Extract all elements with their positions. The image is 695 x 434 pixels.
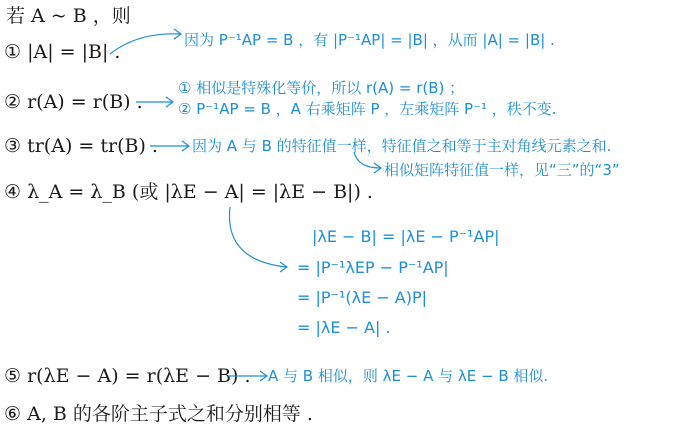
property-statement: r(A) = r(B) . (27, 91, 143, 113)
annotation-note: A 与 B 相似，则 λE − A 与 λE − B 相似. (268, 366, 548, 386)
item-marker: ③ (4, 135, 21, 157)
derivation-line: |λE − B| = |λE − P⁻¹AP| (312, 227, 500, 247)
property-1: ① |A| = |B| . (4, 40, 120, 64)
property-3: ③ tr(A) = tr(B) . (4, 134, 158, 158)
annotation-note: 因为 A 与 B 的特征值一样，特征值之和等于主对角线元素之和. (192, 136, 611, 156)
hook-arrow-icon (352, 150, 384, 176)
property-6: ⑥ A, B 的各阶主子式之和分别相等 . (4, 402, 313, 426)
arrow-right-icon (136, 96, 176, 108)
property-4: ④ λ_A = λ_B (或 |λE − A| = |λE − B|) . (4, 180, 373, 204)
curved-arrow-icon (108, 22, 188, 57)
item-marker: ④ (4, 181, 21, 203)
annotation-note: ② P⁻¹AP = B ，A 右乘矩阵 P ，左乘矩阵 P⁻¹ ，秩不变. (178, 99, 557, 119)
item-marker: ② (4, 91, 21, 113)
annotation-note: 因为 P⁻¹AP = B ，有 |P⁻¹AP| = |B| ，从而 |A| = … (184, 30, 555, 50)
property-statement: r(λE − A) = r(λE − B) . (27, 365, 250, 387)
arrow-right-icon (228, 370, 270, 382)
annotation-note: ① 相似是特殊化等价，所以 r(A) = r(B) ； (178, 78, 464, 98)
property-5: ⑤ r(λE − A) = r(λE − B) . (4, 364, 251, 388)
property-statement: |A| = |B| . (27, 41, 120, 63)
curved-arrow-icon (224, 205, 294, 275)
derivation-line: = |P⁻¹λEP − P⁻¹AP| (297, 258, 449, 278)
property-statement: λ_A = λ_B (或 |λE − A| = |λE − B|) . (27, 181, 373, 203)
arrow-right-icon (150, 140, 192, 152)
property-statement: A, B 的各阶主子式之和分别相等 . (27, 403, 313, 425)
property-statement: tr(A) = tr(B) . (27, 135, 158, 157)
item-marker: ⑥ (4, 403, 21, 425)
derivation-line: = |λE − A| . (297, 318, 391, 338)
item-marker: ① (4, 41, 21, 63)
derivation-line: = |P⁻¹(λE − A)P| (297, 288, 427, 308)
item-marker: ⑤ (4, 365, 21, 387)
property-2: ② r(A) = r(B) . (4, 90, 143, 114)
annotation-note: 相似矩阵特征值一样，见“三”的“3” (384, 160, 620, 180)
